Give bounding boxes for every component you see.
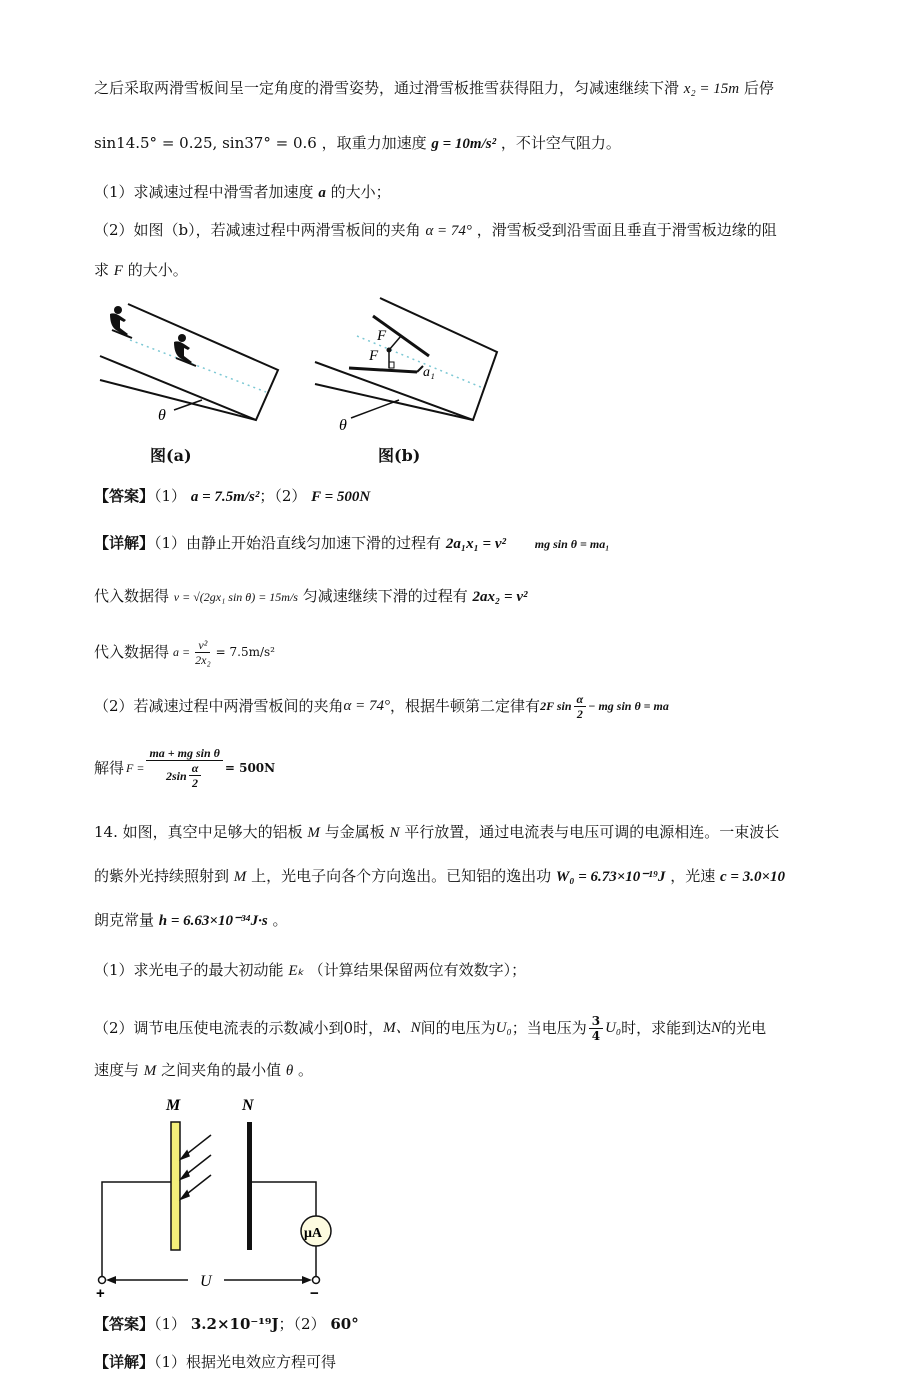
equation: 2a₁x₁ = v² <box>446 536 506 552</box>
fraction: ma + mg sin θ 2sin α2 <box>146 746 222 790</box>
problem13-answer: 【答案】（1） a = 7.5m/s²；（2） F = 500N <box>94 486 370 507</box>
text: 2sin <box>166 769 187 783</box>
fraction: 34 <box>589 1014 603 1043</box>
text: 的大小。 <box>128 261 188 279</box>
numerator: α <box>574 692 587 707</box>
text: （1） <box>154 487 186 505</box>
math-sin-values: sin14.5° = 0.25, sin37° = 0.6 <box>94 134 317 152</box>
text: 与金属板 <box>325 823 385 841</box>
plus-terminal-label: + <box>96 1285 105 1300</box>
math-theta: θ <box>286 1063 293 1079</box>
text: ，取重力加速度 <box>322 134 427 152</box>
skier-icon <box>174 334 196 366</box>
text: 之后采取两滑雪板间呈一定角度的滑雪姿势，通过滑雪板推雪获得阻力，匀减速继续下滑 <box>94 79 679 97</box>
text: （1）由静止开始沿直线匀加速下滑的过程有 <box>154 534 441 552</box>
math-Ek: Eₖ <box>288 963 304 979</box>
text: 的紫外光持续照射到 <box>94 867 229 885</box>
answer-value-1: a = 7.5m/s² <box>191 489 259 505</box>
figure-a-ski-slope: θ <box>90 292 290 432</box>
math-M: M <box>234 869 247 885</box>
text: 。 <box>298 1061 313 1079</box>
text: 14. 如图，真空中足够大的铝板 <box>94 823 303 841</box>
text: （2）调节电压使电流表的示数减小到0时， <box>94 1018 383 1038</box>
equation: − mg sin θ = ma <box>588 696 669 716</box>
skier-icon <box>110 306 132 338</box>
math-N: N <box>389 825 399 841</box>
equation: 2ax₂ = v² <box>473 589 528 605</box>
math-F: F <box>114 263 123 279</box>
numerator: ma + mg sin θ <box>146 746 222 761</box>
text: 解得 <box>94 758 124 778</box>
text: 求 <box>94 261 109 279</box>
math: a = <box>173 642 190 662</box>
text: 代入数据得 <box>94 642 169 662</box>
problem14-line1: 14. 如图，真空中足够大的铝板 M 与金属板 N 平行放置，通过电流表与电压可… <box>94 822 779 843</box>
text: 速度与 <box>94 1061 139 1079</box>
fraction: v²2x₂ <box>192 638 214 667</box>
fraction: α2 <box>189 761 202 790</box>
numerator: α <box>189 761 202 776</box>
text: 。 <box>272 911 287 929</box>
problem13-detail-line3: 代入数据得 a = v²2x₂ = 7.5m/s² <box>94 632 275 672</box>
figure-b-ski-slope: F F a₁ θ <box>305 292 505 432</box>
problem13-detail-line5: 解得 F = ma + mg sin θ 2sin α2 = 500N <box>94 738 275 798</box>
text: ，根据牛顿第二定律有 <box>390 696 540 716</box>
answer-value-2: 60° <box>330 1315 358 1333</box>
problem14-question2-line1: （2）调节电压使电流表的示数减小到0时， M、N 间的电压为 U₀ ；当电压为 … <box>94 1008 766 1048</box>
plate-N-label: N <box>241 1097 255 1114</box>
math-M: M <box>144 1063 157 1079</box>
answer-value-2: F = 500N <box>311 489 370 505</box>
answer-value-1: 3.2×10⁻¹⁹J <box>191 1315 279 1333</box>
acceleration-label: a₁ <box>423 365 435 380</box>
force-label: F <box>368 348 379 364</box>
theta-label: θ <box>158 407 166 424</box>
plate-N <box>247 1122 252 1250</box>
problem13-question2-line1: （2）如图（b），若减速过程中两滑雪板间的夹角 α = 74° ，滑雪板受到沿雪… <box>94 220 777 241</box>
text: 朗克常量 <box>94 911 154 929</box>
math-alpha: α = 74° <box>344 696 391 716</box>
math-MN: M、N <box>383 1018 421 1038</box>
text: （1） <box>154 1315 186 1333</box>
denominator: 2sin α2 <box>163 761 206 790</box>
light-arrow-icon <box>181 1135 211 1199</box>
detail-label: 【详解】 <box>94 1353 154 1371</box>
force-label: F <box>376 328 387 344</box>
problem14-answer: 【答案】（1） 3.2×10⁻¹⁹J；（2） 60° <box>94 1314 359 1334</box>
text: 平行放置，通过电流表与电压可调的电源相连。一束波长 <box>404 823 779 841</box>
math-c: c = 3.0×10 <box>720 869 785 885</box>
text: 后停 <box>744 79 774 97</box>
detail-label: 【详解】 <box>94 534 154 552</box>
equation: mg sin θ = ma₁ <box>535 537 610 551</box>
text: （1）根据光电效应方程可得 <box>154 1353 336 1371</box>
denominator: 4 <box>589 1029 603 1043</box>
result: = 7.5m/s² <box>216 642 275 662</box>
text: 代入数据得 <box>94 587 169 605</box>
text: ，不计空气阻力。 <box>501 134 621 152</box>
problem14-question2-line2: 速度与 M 之间夹角的最小值 θ 。 <box>94 1060 313 1081</box>
math-alpha: α = 74° <box>425 223 472 239</box>
math-N: N <box>711 1018 721 1038</box>
voltage-label: U <box>200 1273 213 1290</box>
text: ，滑雪板受到沿雪面且垂直于滑雪板边缘的阻 <box>477 221 777 239</box>
problem14-line2: 的紫外光持续照射到 M 上，光电子向各个方向逸出。已知铝的逸出功 W₀ = 6.… <box>94 866 785 887</box>
problem13-question1: （1）求减速过程中滑雪者加速度 a 的大小； <box>94 182 391 203</box>
denominator: 2 <box>574 707 586 721</box>
math-U0: U₀ <box>496 1018 512 1038</box>
problem13-question2-line2: 求 F 的大小。 <box>94 260 188 281</box>
plate-M <box>171 1122 180 1250</box>
text: 匀减速继续下滑的过程有 <box>303 587 468 605</box>
math-g: g = 10m/s² <box>431 136 496 152</box>
answer-label: 【答案】 <box>94 487 154 505</box>
problem13-intro-line2: sin14.5° = 0.25, sin37° = 0.6 ，取重力加速度 g … <box>94 133 621 154</box>
fraction: α2 <box>574 692 587 721</box>
text: 上，光电子向各个方向逸出。已知铝的逸出功 <box>251 867 551 885</box>
denominator: 2x₂ <box>192 653 214 667</box>
numerator: v² <box>195 638 210 653</box>
minus-terminal-label: − <box>310 1285 319 1300</box>
text: （1）求光电子的最大初动能 <box>94 961 284 979</box>
text: ；当电压为 <box>512 1018 587 1038</box>
text: 的大小； <box>331 183 391 201</box>
math-x2: x₂ = 15m <box>684 81 739 97</box>
text: （计算结果保留两位有效数字）； <box>309 961 527 979</box>
text: ，光速 <box>670 867 715 885</box>
math-a: a <box>318 185 326 201</box>
text: （2）若减速过程中两滑雪板间的夹角 <box>94 696 344 716</box>
plate-M-label: M <box>165 1097 181 1114</box>
figure-b-caption: 图(b) <box>378 443 420 466</box>
problem13-detail-line2: 代入数据得 v = √(2gx₁ sin θ) = 15m/s 匀减速继续下滑的… <box>94 586 527 607</box>
result: = 500N <box>225 758 275 778</box>
problem14-question1: （1）求光电子的最大初动能 Eₖ （计算结果保留两位有效数字）； <box>94 960 526 981</box>
problem14-line3: 朗克常量 h = 6.63×10⁻³⁴J·s 。 <box>94 910 288 931</box>
figure-a-caption: 图(a) <box>150 443 192 466</box>
math: F = <box>126 758 144 778</box>
math-h: h = 6.63×10⁻³⁴J·s <box>159 913 268 929</box>
math-work-function: W₀ = 6.73×10⁻¹⁹J <box>556 869 666 885</box>
text: 的光电 <box>721 1018 766 1038</box>
text: ；（2） <box>279 1315 326 1333</box>
problem13-detail-line4: （2）若减速过程中两滑雪板间的夹角 α = 74° ，根据牛顿第二定律有 2F … <box>94 686 669 726</box>
numerator: 3 <box>589 1014 603 1029</box>
meter-label: μA <box>304 1226 323 1241</box>
problem13-intro-line1: 之后采取两滑雪板间呈一定角度的滑雪姿势，通过滑雪板推雪获得阻力，匀减速继续下滑 … <box>94 78 774 99</box>
circuit-diagram: M N μA U + − <box>90 1090 350 1300</box>
equation: v = √(2gx₁ sin θ) = 15m/s <box>174 590 298 604</box>
text: ；（2） <box>259 487 306 505</box>
answer-label: 【答案】 <box>94 1315 154 1333</box>
math-U0: U₀ <box>605 1018 621 1038</box>
math-M: M <box>307 825 320 841</box>
text: （2）如图（b），若减速过程中两滑雪板间的夹角 <box>94 221 421 239</box>
problem13-detail-line1: 【详解】（1）由静止开始沿直线匀加速下滑的过程有 2a₁x₁ = v² mg s… <box>94 533 609 554</box>
problem14-detail-line1: 【详解】（1）根据光电效应方程可得 <box>94 1352 336 1372</box>
denominator: 2 <box>189 776 201 790</box>
text: （1）求减速过程中滑雪者加速度 <box>94 183 314 201</box>
text: 时，求能到达 <box>621 1018 711 1038</box>
theta-label: θ <box>339 417 347 432</box>
text: 之间夹角的最小值 <box>161 1061 281 1079</box>
equation: 2F sin <box>540 696 571 716</box>
text: 间的电压为 <box>421 1018 496 1038</box>
